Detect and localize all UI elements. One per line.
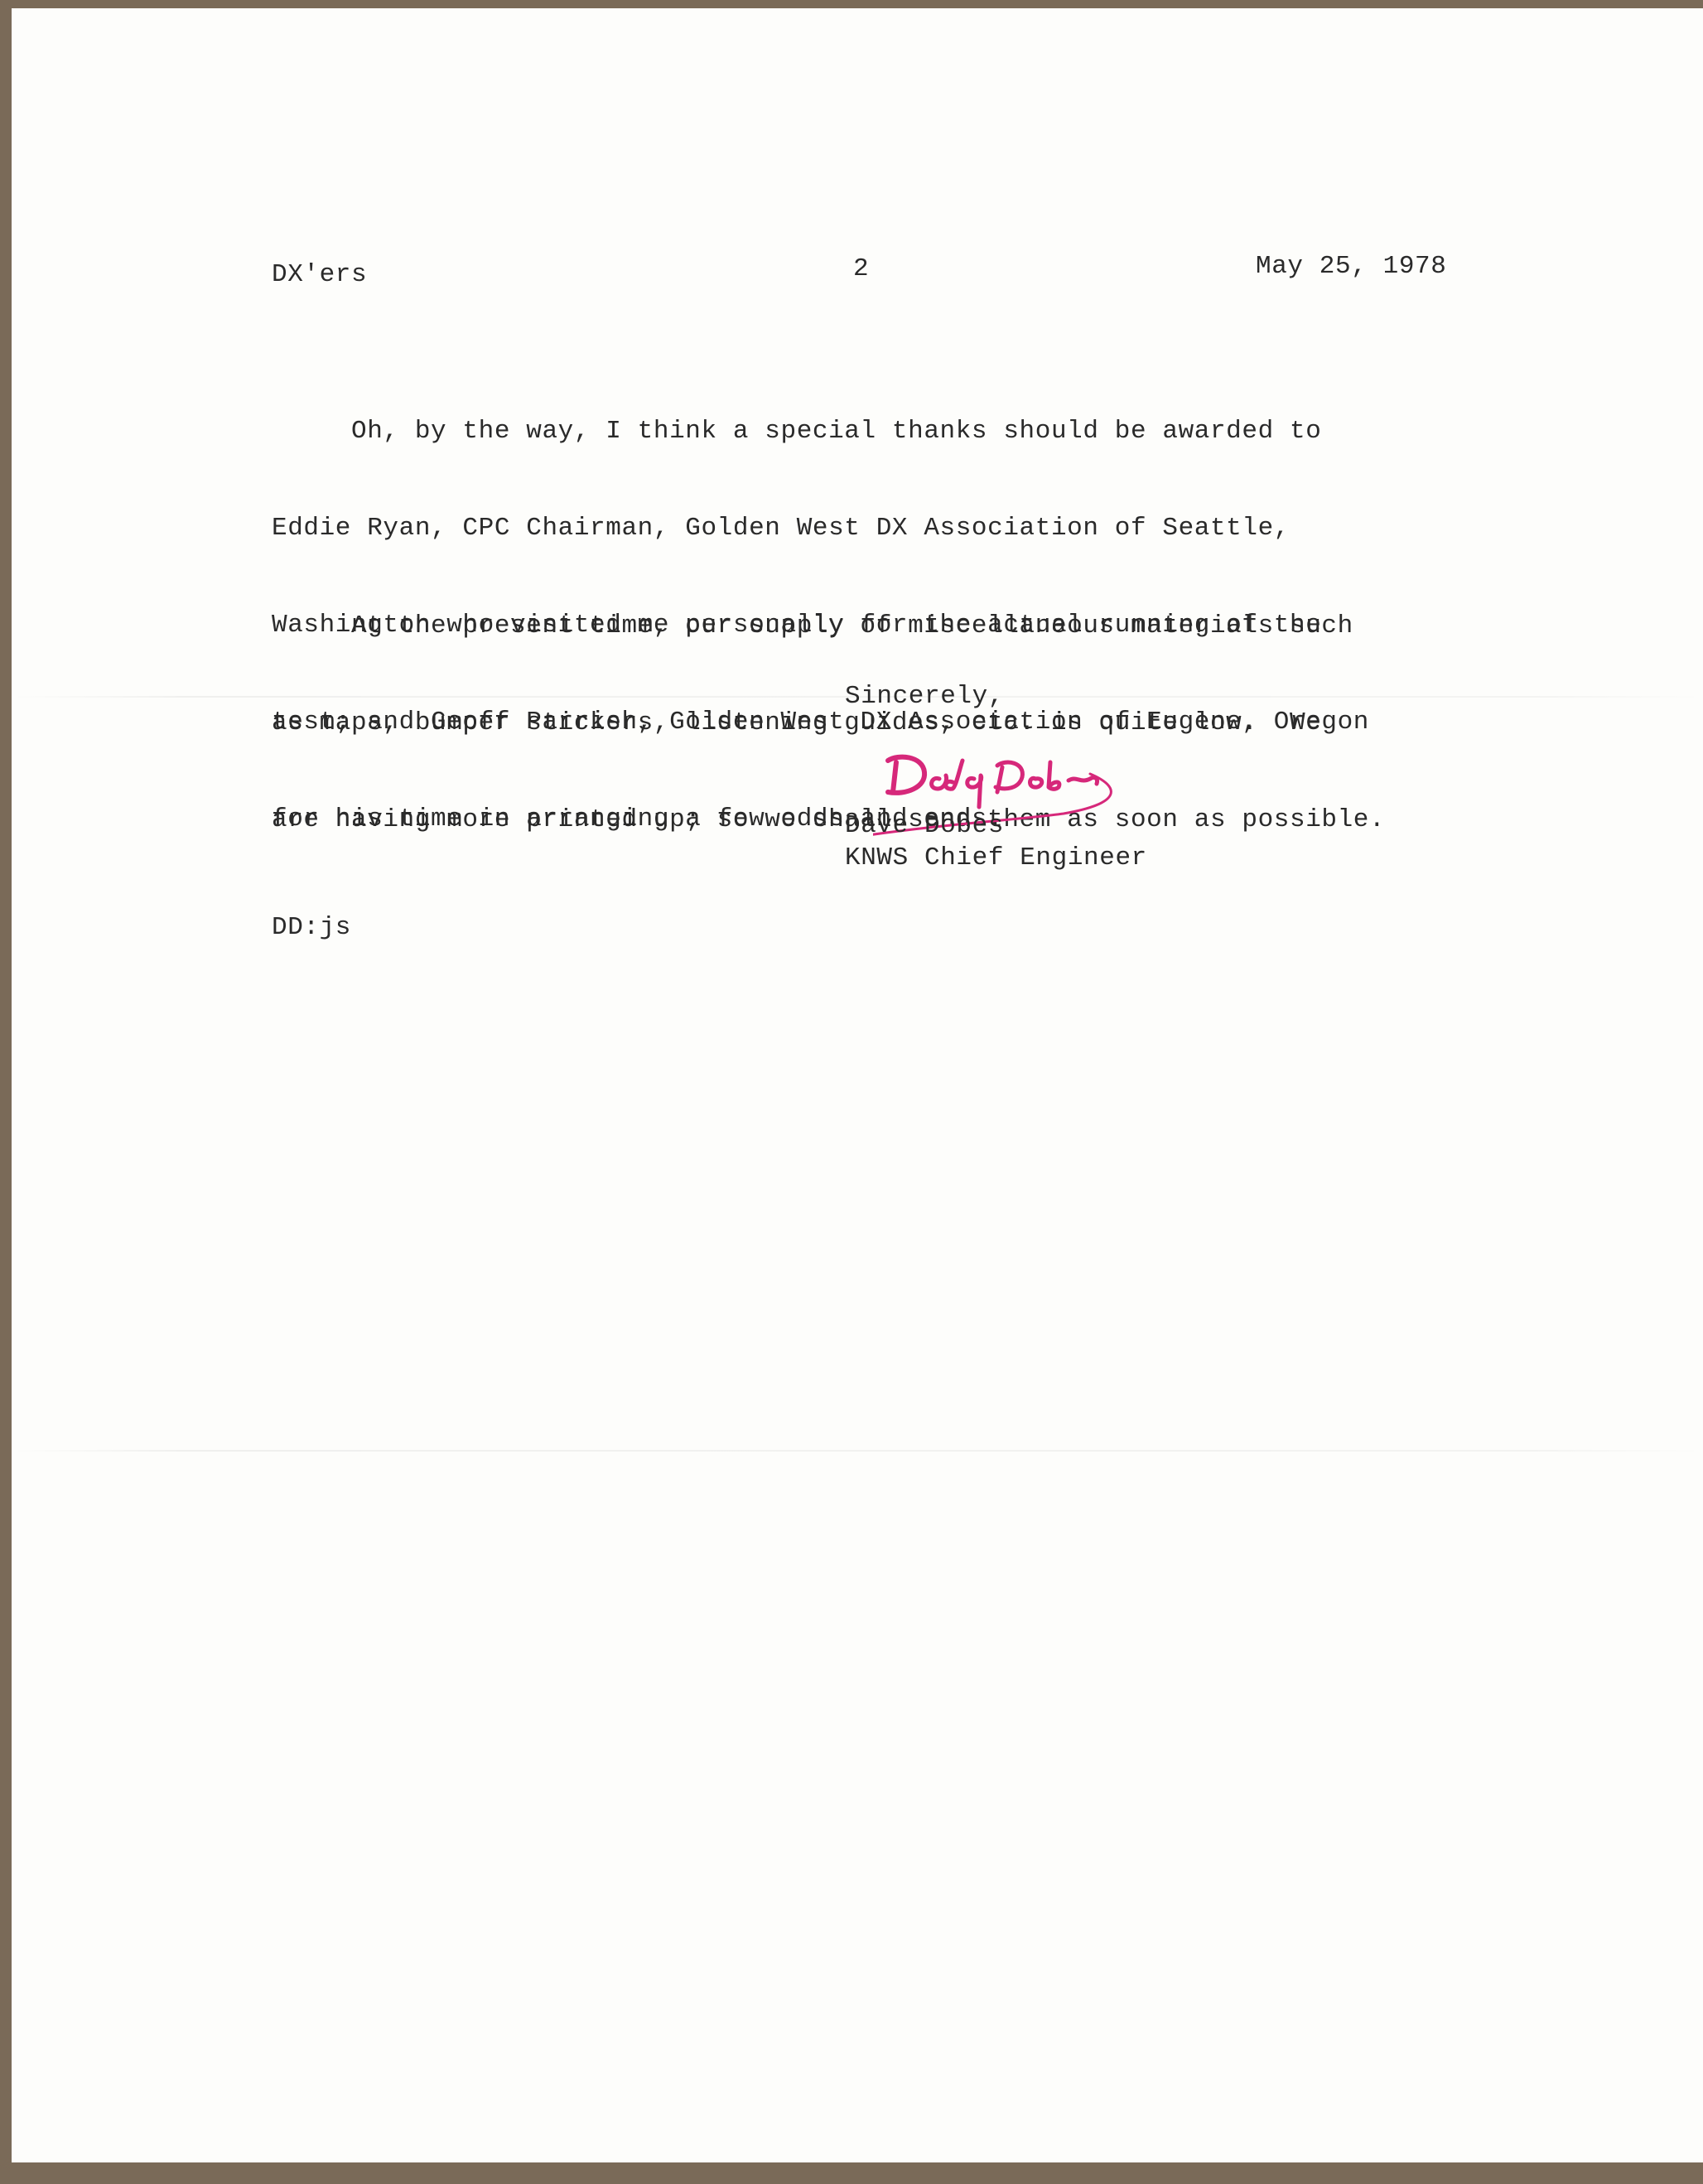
signer-title: KNWS Chief Engineer [845,842,1147,874]
paragraph-line: Oh, by the way, I think a special thanks… [272,415,1369,447]
signer-name: Dave Dobes [845,809,1004,842]
paragraph-line: Eddie Ryan, CPC Chairman, Golden West DX… [272,512,1369,544]
paper-fold-line [12,1450,1703,1452]
paragraph-line: are having more printed up; so we shall … [272,804,1385,836]
body-paragraph-2: At the present time, our supply of misce… [272,545,1385,901]
letter-date: May 25, 1978 [1256,250,1446,283]
closing-salutation: Sincerely, [845,680,1004,713]
paragraph-line: At the present time, our supply of misce… [272,610,1385,642]
paragraph-line: as maps, bumper stickers, listening guid… [272,707,1385,739]
reference-initials: DD:js [272,911,351,944]
letter-page: DX'ers 2 May 25, 1978 Oh, by the way, I … [12,8,1703,2162]
page-number: 2 [853,253,869,285]
letter-recipient-header: DX'ers [272,259,367,291]
